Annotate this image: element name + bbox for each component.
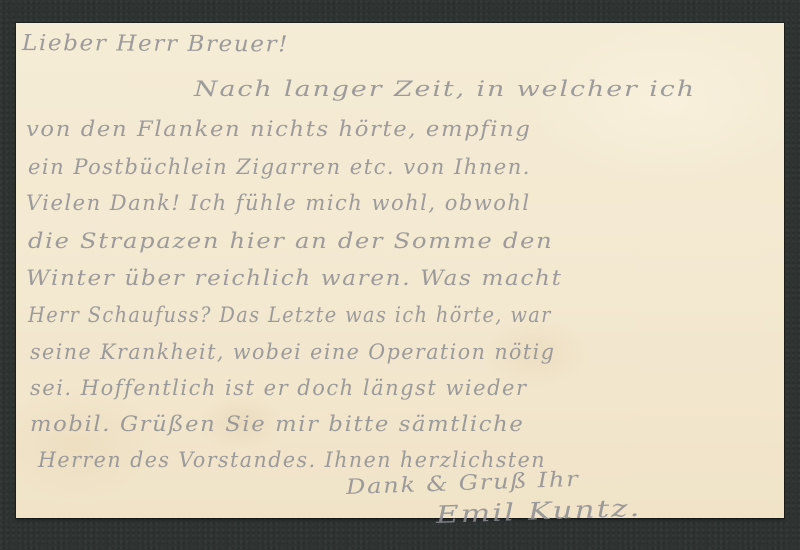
body-line: seine Krankheit, wobei eine Operation nö… [30, 340, 555, 364]
salutation-line: Lieber Herr Breuer! [22, 31, 289, 57]
body-line: Winter über reichlich waren. Was macht [26, 266, 563, 290]
body-line: Herren des Vorstandes. Ihnen herzlichste… [38, 448, 546, 472]
body-line: Nach langer Zeit, in welcher ich [194, 77, 696, 101]
body-line: die Strapazen hier an der Somme den [28, 229, 553, 253]
body-line: Vielen Dank! Ich fühle mich wohl, obwohl [26, 191, 531, 215]
body-line: sei. Hoffentlich ist er doch längst wied… [30, 376, 527, 400]
body-line: von den Flanken nichts hörte, empfing [26, 117, 531, 141]
body-line: Herr Schaufuss? Das Letzte was ich hörte… [28, 303, 552, 327]
postcard: Lieber Herr Breuer! Nach langer Zeit, in… [16, 23, 784, 518]
body-line: ein Postbüchlein Zigarren etc. von Ihnen… [28, 155, 531, 179]
body-line: mobil. Grüßen Sie mir bitte sämtliche [30, 412, 524, 436]
